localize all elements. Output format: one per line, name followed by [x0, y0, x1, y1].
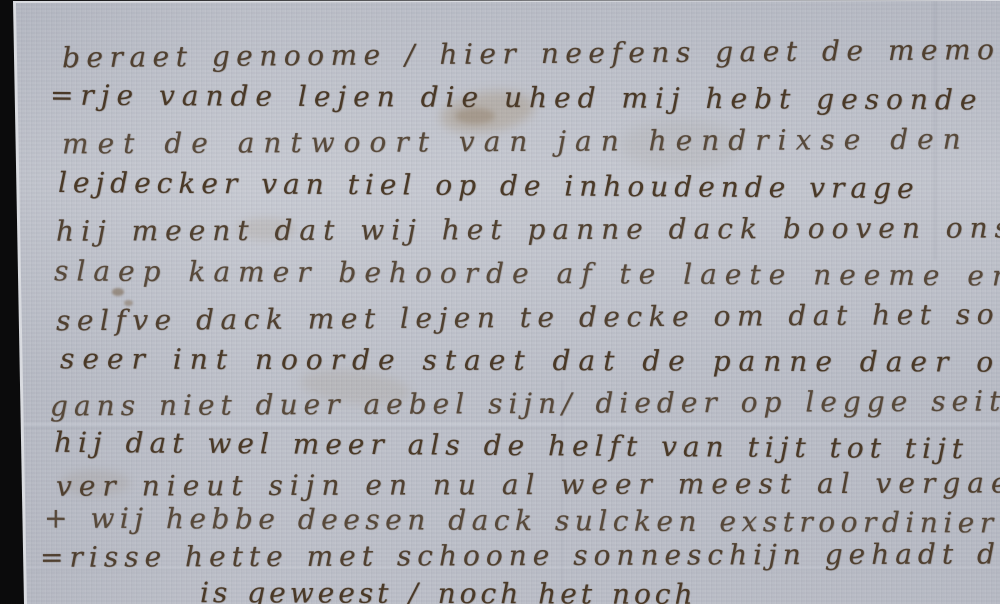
handwritten-line: =risse hette met schoone sonneschijn geh… — [40, 540, 1000, 571]
manuscript-scan: beraet genoome / hier neefens gaet de me… — [0, 0, 1000, 604]
handwritten-line: ver nieut sijn en nu al weer meest al ve… — [56, 469, 1000, 500]
handwritten-line: =rje vande lejen die uhed mij hebt geson… — [50, 82, 984, 115]
handwritten-line: hij dat wel meer als de helft van tijt t… — [54, 429, 969, 463]
handwritten-line: beraet genoome / hier neefens gaet de me… — [62, 36, 1000, 72]
handwritten-line: lejdecker van tiel op de inhoudende vrag… — [58, 169, 920, 203]
handwritten-line: met de antwoort van jan hendrixse den — [62, 126, 970, 159]
handwritten-line: selfve dack met lejen te decke om dat he… — [56, 301, 1000, 336]
handwritten-line: seer int noorde staet dat de panne daer … — [60, 345, 1000, 376]
letter-paper: beraet genoome / hier neefens gaet de me… — [0, 0, 1000, 604]
handwritten-line: slaep kamer behoorde af te laete neeme e… — [54, 257, 1000, 290]
handwritten-line: + wij hebbe deesen dack sulcken exstroor… — [44, 505, 999, 538]
handwritten-line: is geweest / noch het noch — [200, 579, 697, 604]
handwritten-line: gans niet duer aebel sijn/ dieder op leg… — [50, 387, 1000, 420]
manuscript-text: beraet genoome / hier neefens gaet de me… — [0, 0, 1000, 604]
handwritten-line: hij meent dat wij het panne dack booven … — [56, 214, 1000, 245]
